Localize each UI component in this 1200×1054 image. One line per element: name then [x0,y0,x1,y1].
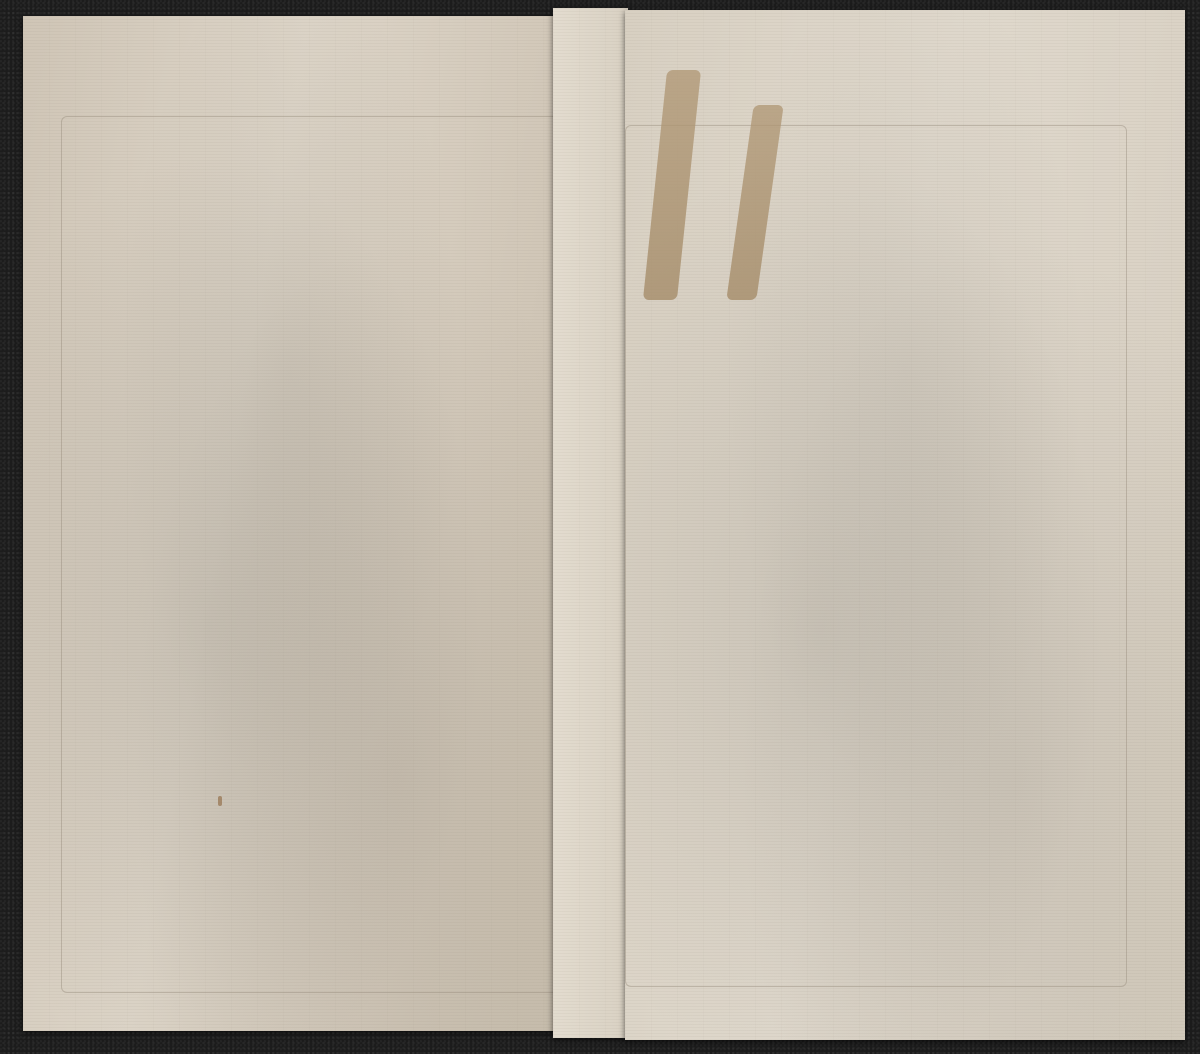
foxing-spot [218,796,222,806]
right-plate-mark [625,125,1127,987]
spine-fold [553,8,628,1038]
left-plate-mark [61,116,558,993]
left-paper-sheet [23,16,558,1031]
right-paper-sheet [625,10,1185,1040]
